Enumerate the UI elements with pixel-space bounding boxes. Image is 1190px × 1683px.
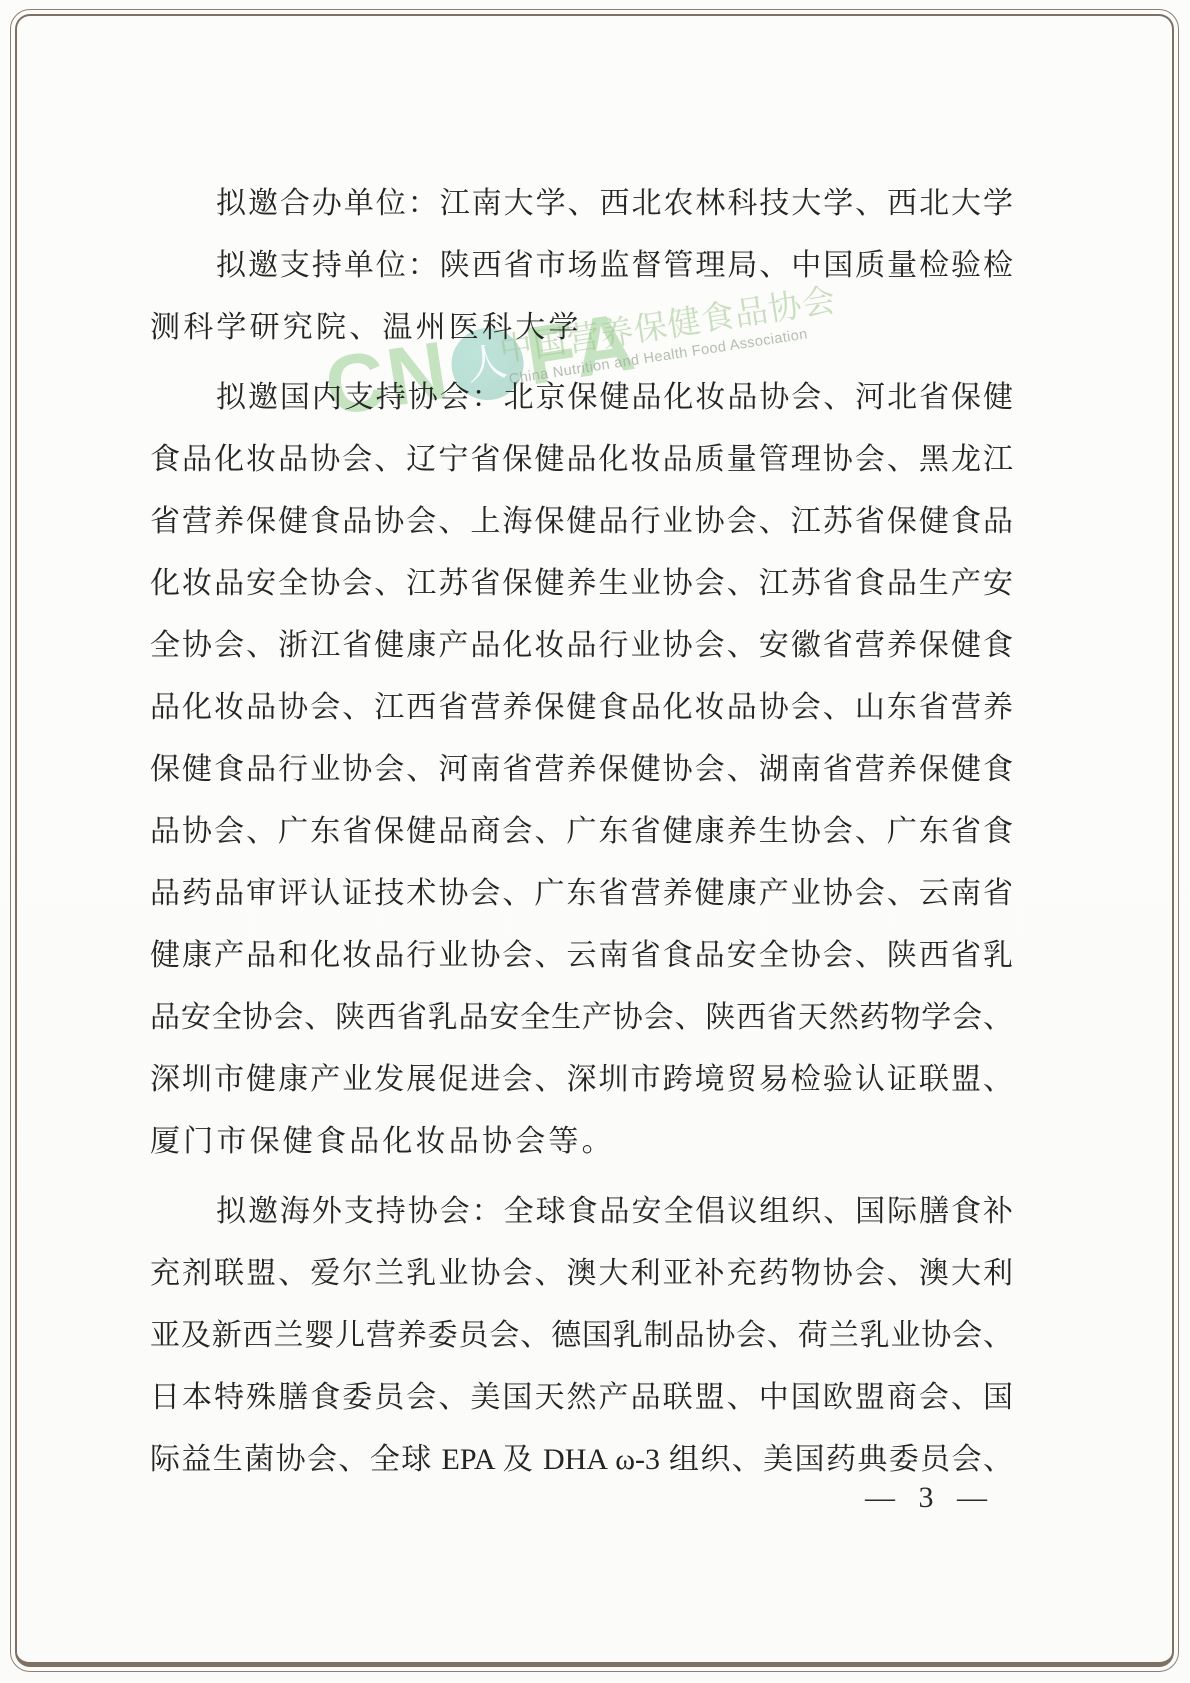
text-line: 省营养保健食品协会、上海保健品行业协会、江苏省保健食品: [150, 491, 1013, 553]
text-line: 品化妆品协会、江西省营养保健食品化妆品协会、山东省营养: [150, 677, 1013, 739]
text-line: 品安全协会、陕西省乳品安全生产协会、陕西省天然药物学会、: [150, 987, 1013, 1049]
document-page: CN 人 FA 中国营养保健食品协会 China Nutrition and H…: [0, 0, 1190, 1683]
text-line: 品协会、广东省保健品商会、广东省健康养生协会、广东省食: [150, 801, 1013, 863]
text-line: 化妆品安全协会、江苏省保健养生业协会、江苏省食品生产安: [150, 553, 1013, 615]
document-body: 拟邀合办单位：江南大学、西北农林科技大学、西北大学 拟邀支持单位：陕西省市场监督…: [150, 173, 1013, 1491]
text-line: 亚及新西兰婴儿营养委员会、德国乳制品协会、荷兰乳业协会、: [150, 1305, 1013, 1367]
text-line: 深圳市健康产业发展促进会、深圳市跨境贸易检验认证联盟、: [150, 1049, 1013, 1111]
text-line: 拟邀海外支持协会：全球食品安全倡议组织、国际膳食补: [150, 1181, 1013, 1243]
text-line: 测科学研究院、温州医科大学: [150, 297, 1013, 359]
text-line: 健康产品和化妆品行业协会、云南省食品安全协会、陕西省乳: [150, 925, 1013, 987]
text-line: 日本特殊膳食委员会、美国天然产品联盟、中国欧盟商会、国: [150, 1367, 1013, 1429]
text-line: 充剂联盟、爱尔兰乳业协会、澳大利亚补充药物协会、澳大利: [150, 1243, 1013, 1305]
text-line: 拟邀国内支持协会：北京保健品化妆品协会、河北省保健: [150, 367, 1013, 429]
text-line: 厦门市保健食品化妆品协会等。: [150, 1111, 1013, 1173]
text-line: 保健食品行业协会、河南省营养保健协会、湖南省营养保健食: [150, 739, 1013, 801]
text-line: 拟邀支持单位：陕西省市场监督管理局、中国质量检验检: [150, 235, 1013, 297]
text-line: 全协会、浙江省健康产品化妆品行业协会、安徽省营养保健食: [150, 615, 1013, 677]
text-line: 食品化妆品协会、辽宁省保健品化妆品质量管理协会、黑龙江: [150, 429, 1013, 491]
text-line: 拟邀合办单位：江南大学、西北农林科技大学、西北大学: [150, 173, 1013, 235]
text-line: 品药品审评认证技术协会、广东省营养健康产业协会、云南省: [150, 863, 1013, 925]
page-number: — 3 —: [865, 1482, 987, 1514]
